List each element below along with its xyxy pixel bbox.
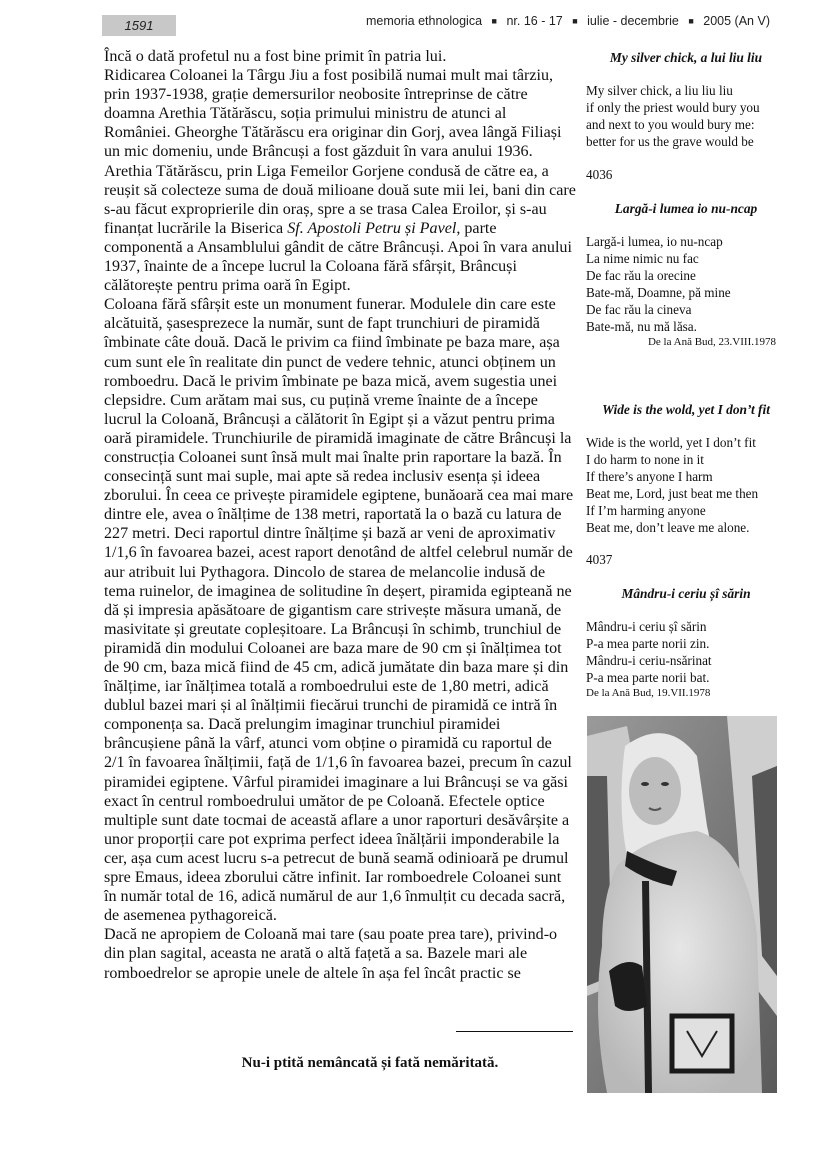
song-title: Mândru-i ceriu șî sărin [586, 585, 786, 602]
journal-name: memoria ethnologica [366, 14, 482, 28]
text-run: Coloana fără sfârșit este un monument fu… [104, 296, 573, 924]
verse-line: Beat me, Lord, just beat me then [586, 485, 786, 502]
verse-line: La nime nimic nu fac [586, 250, 786, 267]
verse-line: De fac rău la orecine [586, 267, 786, 284]
verse-line: better for us the grave would be [586, 133, 786, 150]
text-run: Încă o dată profetul nu a fost bine prim… [104, 48, 446, 65]
song-source: De la Ană Bud, 23.VIII.1978 [586, 335, 786, 350]
paragraph: Încă o dată profetul nu a fost bine prim… [104, 47, 576, 66]
church-name: Sf. Apostoli Petru și Pavel [287, 220, 456, 237]
verse-line: If there’s anyone I harm [586, 468, 786, 485]
song-number-4036: 4036 [586, 166, 786, 183]
paragraph: Dacă ne apropiem de Coloană mai tare (sa… [104, 925, 576, 982]
issue-number: nr. 16 - 17 [506, 14, 562, 28]
separator-square-icon: ■ [688, 16, 693, 26]
verse-line: De fac rău la cineva [586, 301, 786, 318]
photo-illustration [587, 716, 777, 1093]
page-number: 1591 [102, 15, 176, 36]
song-mandru-i-ceriu: Mândru-i ceriu șî sărin Mândru-i ceriu ș… [586, 585, 786, 701]
song-my-silver-chick: My silver chick, a lui liu liu My silver… [586, 49, 786, 150]
verse-line: Beat me, don’t leave me alone. [586, 519, 786, 536]
song-source: De la Ană Bud, 19.VII.1978 [586, 686, 786, 701]
running-header: memoria ethnologica ■ nr. 16 - 17 ■ iuli… [330, 12, 770, 30]
photo-girl-folk-costume [587, 716, 777, 1093]
song-larga-i-lumea: Largă-i lumea io nu-ncap Largă-i lumea, … [586, 200, 786, 350]
verse-line: P-a mea parte norii bat. [586, 669, 786, 686]
footnote-divider [456, 1031, 573, 1032]
paragraph: Ridicarea Coloanei la Târgu Jiu a fost p… [104, 66, 576, 295]
separator-square-icon: ■ [572, 16, 577, 26]
verse-line: My silver chick, a liu liu liu [586, 82, 786, 99]
text-run: Dacă ne apropiem de Coloană mai tare (sa… [104, 926, 557, 981]
text-run: Ridicarea Coloanei la Târgu Jiu a fost p… [104, 67, 576, 237]
issue-year: 2005 (An V) [703, 14, 770, 28]
main-text-column: Încă o dată profetul nu a fost bine prim… [104, 47, 576, 983]
song-title: Wide is the wold, yet I don’t fit [586, 401, 786, 418]
verse-line: Bate-mă, Doamne, pă mine [586, 284, 786, 301]
verse-line: P-a mea parte norii zin. [586, 635, 786, 652]
verse-line: If I’m harming anyone [586, 502, 786, 519]
verse-line: Largă-i lumea, io nu-ncap [586, 233, 786, 250]
verse-line: and next to you would bury me: [586, 116, 786, 133]
verse-line: Wide is the world, yet I don’t fit [586, 434, 786, 451]
verse-line: Bate-mă, nu mă lăsa. [586, 318, 786, 335]
song-title: My silver chick, a lui liu liu [586, 49, 786, 66]
song-number-4037: 4037 [586, 551, 786, 568]
song-wide-is-the-world: Wide is the wold, yet I don’t fit Wide i… [586, 401, 786, 536]
song-title: Largă-i lumea io nu-ncap [586, 200, 786, 217]
verse-line: if only the priest would bury you [586, 99, 786, 116]
separator-square-icon: ■ [492, 16, 497, 26]
paragraph: Coloana fără sfârșit este un monument fu… [104, 295, 576, 925]
verse-line: Mândru-i ceriu șî sărin [586, 618, 786, 635]
verse-line: Mândru-i ceriu-nsărinat [586, 652, 786, 669]
proverb-footer: Nu-i ptită nemâncată și fată nemăritată. [104, 1053, 636, 1073]
verse-line: I do harm to none in it [586, 451, 786, 468]
issue-period: iulie - decembrie [587, 14, 679, 28]
